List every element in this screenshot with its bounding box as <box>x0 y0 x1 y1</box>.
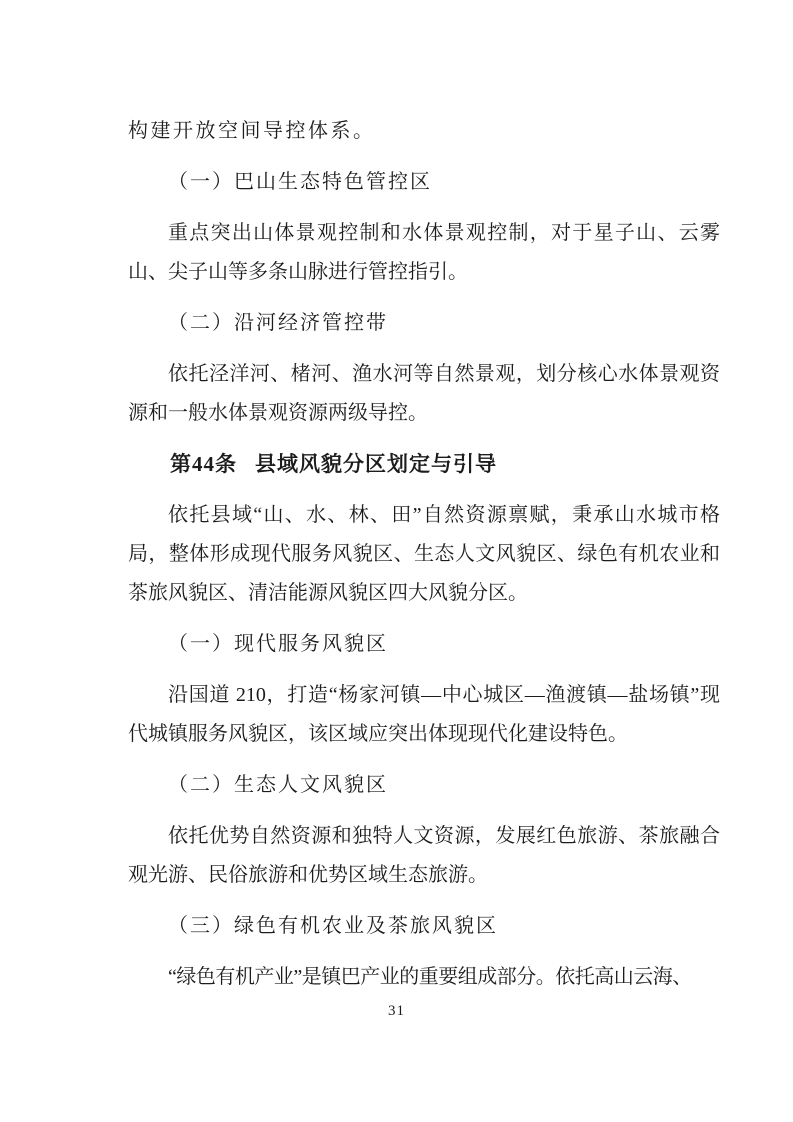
article-heading: 第44条县域风貌分区划定与引导 <box>128 445 720 484</box>
list-item-heading: （二）沿河经济管控带 <box>128 304 720 343</box>
list-item-heading: （一）现代服务风貌区 <box>128 625 720 664</box>
paragraph: 沿国道 210，打造“杨家河镇—中心城区—渔渡镇—盐场镇”现代城镇服务风貌区，该… <box>128 676 720 754</box>
document-page: 构建开放空间导控体系。 （一）巴山生态特色管控区 重点突出山体景观控制和水体景观… <box>0 0 793 1122</box>
paragraph: 依托优势自然资源和独特人文资源，发展红色旅游、茶旅融合观光游、民俗旅游和优势区域… <box>128 817 720 895</box>
list-item-heading: （二）生态人文风貌区 <box>128 766 720 805</box>
list-item-heading: （三）绿色有机农业及茶旅风貌区 <box>128 907 720 946</box>
document-body: 构建开放空间导控体系。 （一）巴山生态特色管控区 重点突出山体景观控制和水体景观… <box>128 112 720 1009</box>
paragraph: 依托县域“山、水、林、田”自然资源禀赋，秉承山水城市格局，整体形成现代服务风貌区… <box>128 496 720 613</box>
paragraph-continuation: 构建开放空间导控体系。 <box>128 112 720 151</box>
paragraph: “绿色有机产业”是镇巴产业的重要组成部分。依托高山云海、 <box>128 958 720 997</box>
paragraph: 重点突出山体景观控制和水体景观控制，对于星子山、云雾山、尖子山等多条山脉进行管控… <box>128 214 720 292</box>
page-number: 31 <box>0 1003 793 1020</box>
list-item-heading: （一）巴山生态特色管控区 <box>128 163 720 202</box>
article-number: 第44条 <box>170 452 237 476</box>
article-title: 县域风貌分区划定与引导 <box>255 452 497 476</box>
paragraph: 依托泾洋河、楮河、渔水河等自然景观，划分核心水体景观资源和一般水体景观资源两级导… <box>128 355 720 433</box>
